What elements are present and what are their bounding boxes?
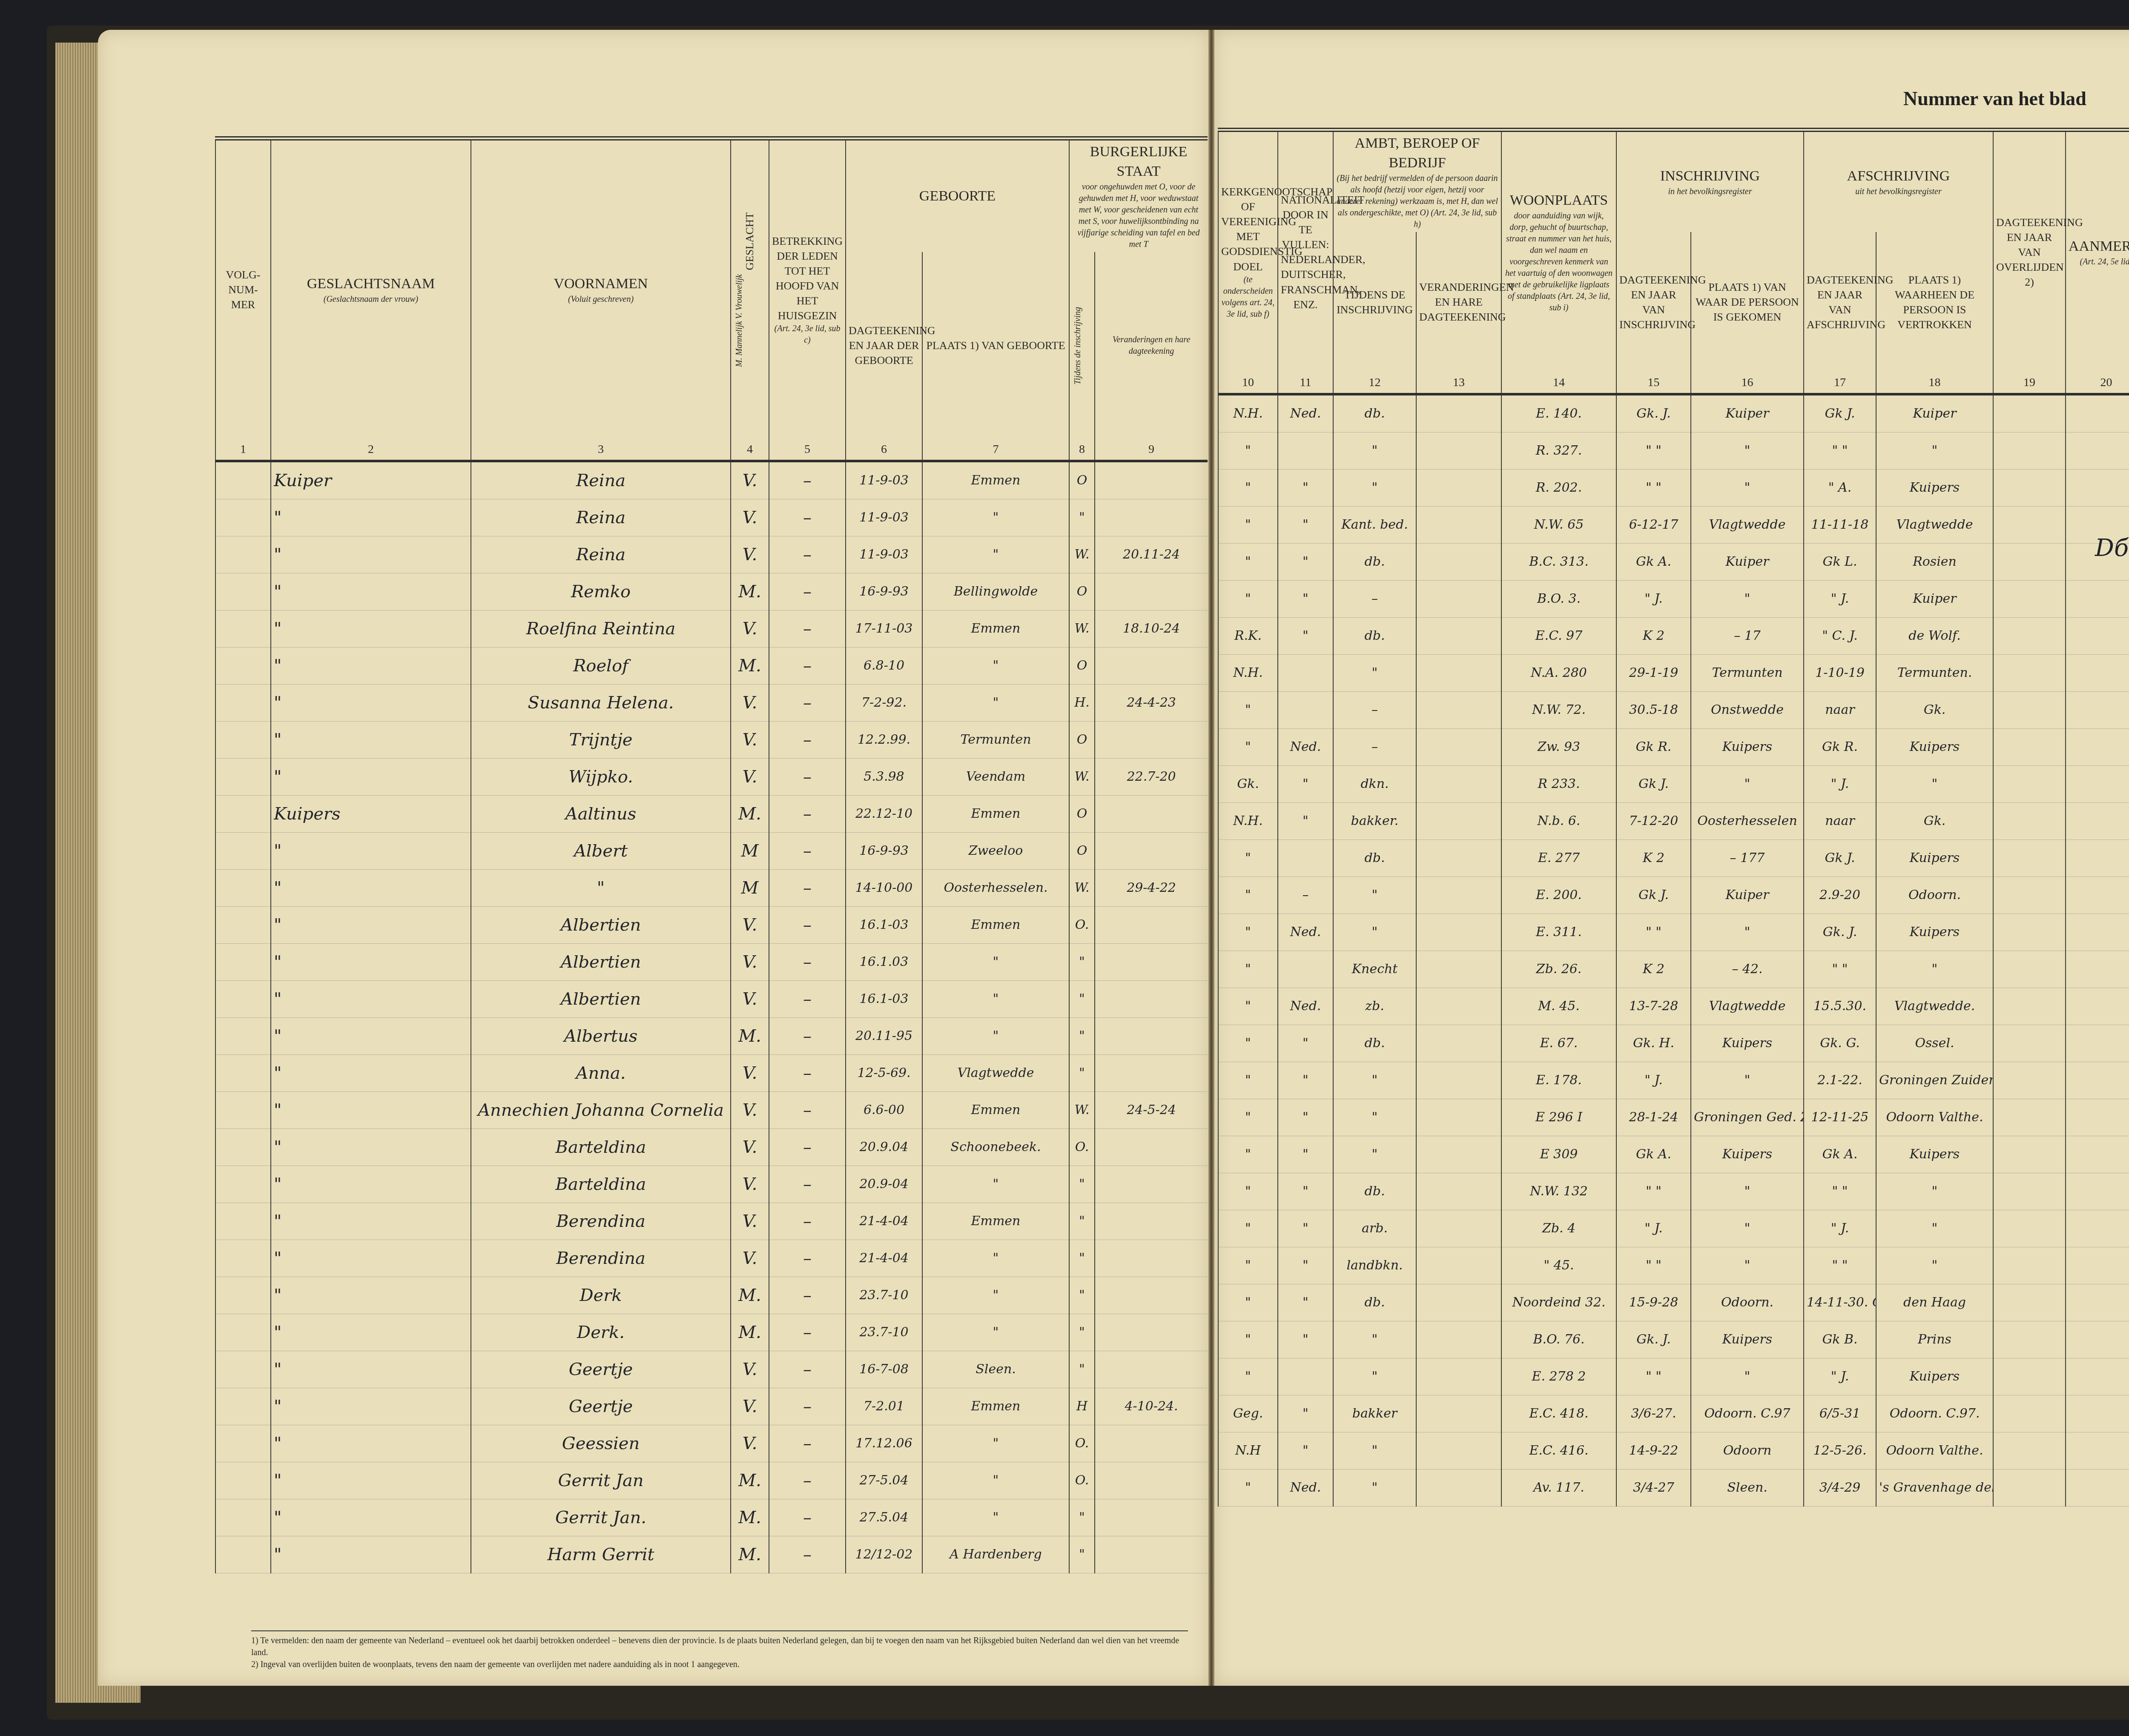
cell-civil: W. — [1069, 610, 1095, 647]
cell-occ: " — [1333, 1432, 1416, 1469]
cell-given: Albertien — [471, 906, 731, 943]
cell-occ-change — [1416, 1469, 1501, 1506]
table-row: "BerendinaV.–21-4-04"" — [215, 1240, 1208, 1277]
cell-rel: – — [769, 647, 846, 684]
cell-surname: " — [271, 1203, 471, 1240]
col-number: 5 — [769, 439, 846, 461]
cell-remarks — [2066, 951, 2129, 988]
col-number: 2 — [271, 439, 471, 461]
cell-death — [1993, 1469, 2066, 1506]
cell-empty — [215, 906, 271, 943]
cell-civil: " — [1069, 1054, 1095, 1091]
cell-occ: " — [1333, 469, 1416, 506]
cell-out-date: 2.9-20 — [1804, 877, 1876, 914]
cell-remarks — [2066, 432, 2129, 469]
cell-in-place: " — [1691, 914, 1804, 951]
cell-death — [1993, 765, 2066, 802]
cell-sex: V. — [731, 461, 769, 499]
table-row: ""E. 278 2" """ J.Kuipers — [1218, 1358, 2129, 1395]
cell-civil: H. — [1069, 684, 1095, 721]
cell-nat: " — [1278, 1247, 1333, 1284]
cell-occ: db. — [1333, 1173, 1416, 1210]
cell-rel: – — [769, 980, 846, 1017]
cell-birth-date: 27-5.04 — [846, 1462, 922, 1499]
cell-empty — [215, 1425, 271, 1462]
cell-given: Berendina — [471, 1203, 731, 1240]
cell-occ: db. — [1333, 394, 1416, 433]
cell-remarks — [2066, 1284, 2129, 1321]
col-number: 1 — [215, 439, 271, 461]
cell-out-date: 2.1-22. — [1804, 1062, 1876, 1099]
cell-out-place: " — [1876, 1247, 1993, 1284]
cell-empty — [215, 1536, 271, 1573]
cell-civil-change — [1095, 1351, 1208, 1388]
cell-in-date: " " — [1616, 1358, 1691, 1395]
cell-out-place: " — [1876, 1173, 1993, 1210]
cell-nat: Ned. — [1278, 988, 1333, 1025]
cell-empty — [215, 1351, 271, 1388]
cell-empty — [215, 1054, 271, 1091]
cell-in-date: Gk J. — [1616, 765, 1691, 802]
cell-address: Noordeind 32. — [1501, 1284, 1616, 1321]
cell-out-place: Kuiper — [1876, 394, 1993, 433]
header-overlijden: Dagteekening en jaar van overlijden 2) — [1993, 130, 2066, 372]
table-row: ""db.Noordeind 32.15-9-28Odoorn.14-11-30… — [1218, 1284, 2129, 1321]
cell-given: Reina — [471, 461, 731, 499]
cell-out-place: Gk. — [1876, 691, 1993, 728]
cell-remarks — [2066, 1025, 2129, 1062]
cell-in-place: – 42. — [1691, 951, 1804, 988]
cell-sex: V. — [731, 980, 769, 1017]
cell-out-place: Odoorn. — [1876, 877, 1993, 914]
cell-death — [1993, 951, 2066, 988]
cell-birth-date: 11-9-03 — [846, 499, 922, 536]
cell-occ: " — [1333, 1099, 1416, 1136]
col-number: 19 — [1993, 372, 2066, 394]
table-row: "Derk.M.–23.7-10"" — [215, 1314, 1208, 1351]
cell-civil-change — [1095, 943, 1208, 980]
cell-sex: M. — [731, 795, 769, 832]
cell-given: Berendina — [471, 1240, 731, 1277]
cell-surname: " — [271, 1277, 471, 1314]
table-row: "TrijntjeV.–12.2.99.TermuntenO — [215, 721, 1208, 758]
table-row: ""db.E. 67.Gk. H.KuipersGk. G.Ossel. — [1218, 1025, 2129, 1062]
cell-sex: M. — [731, 1017, 769, 1054]
cell-in-date: " " — [1616, 432, 1691, 469]
cell-birth-place: " — [922, 647, 1069, 684]
cell-civil: " — [1069, 1314, 1095, 1351]
cell-church: " — [1218, 1210, 1278, 1247]
table-row: "RemkoM.–16-9-93BellingwoldeO — [215, 573, 1208, 610]
cell-occ-change — [1416, 580, 1501, 617]
table-row: "AlbertienV.–16.1-03"" — [215, 980, 1208, 1017]
cell-in-date: Gk A. — [1616, 1136, 1691, 1173]
cell-civil: O. — [1069, 1425, 1095, 1462]
cell-birth-date: 16.1.03 — [846, 943, 922, 980]
cell-out-place: den Haag — [1876, 1284, 1993, 1321]
cell-death — [1993, 1099, 2066, 1136]
cell-in-place: " — [1691, 432, 1804, 469]
cell-in-date: Gk R. — [1616, 728, 1691, 765]
cell-death — [1993, 1062, 2066, 1099]
cell-civil: " — [1069, 1277, 1095, 1314]
cell-empty — [215, 980, 271, 1017]
cell-nat: " — [1278, 765, 1333, 802]
cell-out-date: Gk. G. — [1804, 1025, 1876, 1062]
cell-occ: db. — [1333, 617, 1416, 654]
cell-nat — [1278, 951, 1333, 988]
cell-remarks — [2066, 1173, 2129, 1210]
cell-birth-date: 11-9-03 — [846, 536, 922, 573]
cell-surname: " — [271, 1166, 471, 1203]
cell-rel: – — [769, 1091, 846, 1129]
cell-in-date: Gk A. — [1616, 543, 1691, 580]
cell-in-date: Gk. H. — [1616, 1025, 1691, 1062]
cell-in-place: Odoorn. C.97 — [1691, 1395, 1804, 1432]
cell-in-date: K 2 — [1616, 839, 1691, 877]
cell-rel: – — [769, 1054, 846, 1091]
cell-civil: " — [1069, 980, 1095, 1017]
cell-death — [1993, 1210, 2066, 1247]
cell-civil-change — [1095, 1166, 1208, 1203]
cell-birth-place: Sleen. — [922, 1351, 1069, 1388]
cell-surname: " — [271, 1388, 471, 1425]
cell-address: B.O. 76. — [1501, 1321, 1616, 1358]
cell-birth-date: 12-5-69. — [846, 1054, 922, 1091]
cell-sex: V. — [731, 1054, 769, 1091]
cell-occ: " — [1333, 1136, 1416, 1173]
cell-civil-change: 24-4-23 — [1095, 684, 1208, 721]
col-number: 17 — [1804, 372, 1876, 394]
cell-empty — [215, 1462, 271, 1499]
cell-occ: " — [1333, 877, 1416, 914]
col-number: 6 — [846, 439, 922, 461]
cell-in-place: – 17 — [1691, 617, 1804, 654]
table-row: "BerendinaV.–21-4-04Emmen" — [215, 1203, 1208, 1240]
cell-civil: " — [1069, 1203, 1095, 1240]
cell-sex: V. — [731, 906, 769, 943]
cell-occ: landbkn. — [1333, 1247, 1416, 1284]
cell-in-place: " — [1691, 1062, 1804, 1099]
header-geboorte-datum: Dagteekening en jaar der geboorte — [846, 252, 922, 439]
cell-nat — [1278, 654, 1333, 691]
cell-birth-place: Emmen — [922, 906, 1069, 943]
cell-occ-change — [1416, 691, 1501, 728]
cell-occ: – — [1333, 580, 1416, 617]
cell-death — [1993, 1432, 2066, 1469]
cell-sex: M. — [731, 1536, 769, 1573]
table-row: ""M–14-10-00Oosterhesselen.W.29-4-22 — [215, 869, 1208, 906]
cell-out-place: Vlagtwedde. — [1876, 988, 1993, 1025]
cell-birth-date: 23.7-10 — [846, 1277, 922, 1314]
cell-in-place: Onstwedde — [1691, 691, 1804, 728]
cell-church: " — [1218, 580, 1278, 617]
table-row: ""landbkn." 45." """ "" — [1218, 1247, 2129, 1284]
cell-empty — [215, 832, 271, 869]
cell-sex: V. — [731, 1425, 769, 1462]
cell-out-place: de Wolf. — [1876, 617, 1993, 654]
cell-civil-change: 4-10-24. — [1095, 1388, 1208, 1425]
cell-nat: Ned. — [1278, 1469, 1333, 1506]
cell-rel: – — [769, 943, 846, 980]
cell-sex: M — [731, 832, 769, 869]
cell-birth-date: 22.12-10 — [846, 795, 922, 832]
table-row: """E 296 I28-1-24Groningen Ged. Zuiderdi… — [1218, 1099, 2129, 1136]
cell-civil-change — [1095, 573, 1208, 610]
cell-address: E 296 I — [1501, 1099, 1616, 1136]
cell-church: " — [1218, 691, 1278, 728]
cell-out-date: 11-11-18 — [1804, 506, 1876, 543]
cell-occ-change — [1416, 1025, 1501, 1062]
cell-rel: – — [769, 758, 846, 795]
cell-out-date: Gk J. — [1804, 839, 1876, 877]
cell-out-date: 15.5.30. — [1804, 988, 1876, 1025]
cell-birth-date: 20.11-95 — [846, 1017, 922, 1054]
cell-in-place: Vlagtwedde — [1691, 506, 1804, 543]
cell-rel: – — [769, 573, 846, 610]
cell-out-place: " — [1876, 432, 1993, 469]
cell-civil: " — [1069, 1351, 1095, 1388]
cell-remarks — [2066, 1469, 2129, 1506]
cell-surname: " — [271, 1351, 471, 1388]
cell-remarks — [2066, 691, 2129, 728]
cell-sex: V. — [731, 1240, 769, 1277]
cell-church: " — [1218, 1173, 1278, 1210]
col-number: 12 — [1333, 372, 1416, 394]
cell-given: Albertien — [471, 980, 731, 1017]
cell-out-place: " — [1876, 1210, 1993, 1247]
table-row: "Harm GerritM.–12/12-02A Hardenberg" — [215, 1536, 1208, 1573]
cell-death — [1993, 654, 2066, 691]
cell-nat: " — [1278, 1395, 1333, 1432]
cell-occ: " — [1333, 1062, 1416, 1099]
cell-church: " — [1218, 1025, 1278, 1062]
table-row: "Ned."Av. 117.3/4-27Sleen.3/4-29's Grave… — [1218, 1469, 2129, 1506]
cell-empty — [215, 536, 271, 573]
cell-in-place: Kuiper — [1691, 877, 1804, 914]
cell-in-date: " J. — [1616, 580, 1691, 617]
cell-birth-place: Termunten — [922, 721, 1069, 758]
cell-in-date: " " — [1616, 1247, 1691, 1284]
cell-civil-change — [1095, 1017, 1208, 1054]
cell-civil: O — [1069, 647, 1095, 684]
cell-civil-change: 18.10-24 — [1095, 610, 1208, 647]
cell-birth-date: 11-9-03 — [846, 461, 922, 499]
cell-birth-date: 17-11-03 — [846, 610, 922, 647]
cell-given: Albert — [471, 832, 731, 869]
footnote-2: 2) Ingeval van overlijden buiten de woon… — [251, 1659, 1188, 1670]
cell-church: " — [1218, 728, 1278, 765]
cell-in-place: Kuipers — [1691, 1025, 1804, 1062]
table-row: ""db.B.C. 313.Gk A.KuiperGk L.Rosien — [1218, 543, 2129, 580]
cell-nat: Ned. — [1278, 394, 1333, 433]
table-row: "Susanna Helena.V.–7-2-92."H.24-4-23 — [215, 684, 1208, 721]
cell-civil: " — [1069, 499, 1095, 536]
cell-surname: " — [271, 758, 471, 795]
cell-nat: " — [1278, 1284, 1333, 1321]
cell-sex: V. — [731, 758, 769, 795]
table-row: "KnechtZb. 26.K 2– 42." "" — [1218, 951, 2129, 988]
cell-out-date: Gk L. — [1804, 543, 1876, 580]
cell-civil: " — [1069, 1499, 1095, 1536]
cell-church: N.H — [1218, 1432, 1278, 1469]
cell-given: Remko — [471, 573, 731, 610]
cell-empty — [215, 1240, 271, 1277]
cell-birth-place: Emmen — [922, 1203, 1069, 1240]
cell-occ-change — [1416, 1395, 1501, 1432]
cell-in-place: Kuipers — [1691, 1136, 1804, 1173]
cell-birth-date: 20.9-04 — [846, 1166, 922, 1203]
cell-civil-change — [1095, 832, 1208, 869]
cell-in-date: K 2 — [1616, 617, 1691, 654]
cell-surname: " — [271, 1129, 471, 1166]
cell-occ-change — [1416, 617, 1501, 654]
cell-given: Harm Gerrit — [471, 1536, 731, 1573]
cell-address: E. 67. — [1501, 1025, 1616, 1062]
cell-rel: – — [769, 1314, 846, 1351]
cell-in-place: " — [1691, 469, 1804, 506]
cell-nat: – — [1278, 877, 1333, 914]
cell-nat: " — [1278, 1210, 1333, 1247]
header-inschrijving-plaats: Plaats 1) van waar de persoon is gekomen — [1691, 232, 1804, 372]
cell-nat: " — [1278, 1432, 1333, 1469]
cell-in-place: Kuiper — [1691, 394, 1804, 433]
cell-occ-change — [1416, 1099, 1501, 1136]
cell-church: " — [1218, 1321, 1278, 1358]
cell-birth-place: " — [922, 1277, 1069, 1314]
cell-civil-change — [1095, 906, 1208, 943]
cell-rel: – — [769, 1536, 846, 1573]
cell-in-place: " — [1691, 1210, 1804, 1247]
cell-remarks — [2066, 988, 2129, 1025]
cell-out-date: " J. — [1804, 1210, 1876, 1247]
header-aanmerkingen: Aanmerkingen(Art. 24, 5e lid) — [2066, 130, 2129, 372]
col-number: 4 — [731, 439, 769, 461]
cell-birth-place: Emmen — [922, 1091, 1069, 1129]
cell-empty — [215, 1203, 271, 1240]
cell-occ-change — [1416, 543, 1501, 580]
cell-out-place: Odoorn. C.97. — [1876, 1395, 1993, 1432]
cell-occ-change — [1416, 1247, 1501, 1284]
cell-sex: M. — [731, 1277, 769, 1314]
cell-rel: – — [769, 461, 846, 499]
cell-church: " — [1218, 951, 1278, 988]
cell-civil: O. — [1069, 906, 1095, 943]
cell-out-date: 6/5-31 — [1804, 1395, 1876, 1432]
cell-given: Reina — [471, 536, 731, 573]
cell-rel: – — [769, 1425, 846, 1462]
header-geslachtsnaam: Geslachtsnaam(Geslachtsnaam der vrouw) — [271, 138, 471, 439]
cell-church: Geg. — [1218, 1395, 1278, 1432]
cell-given: " — [471, 869, 731, 906]
cell-empty — [215, 1166, 271, 1203]
cell-out-place: Kuiper — [1876, 580, 1993, 617]
table-row: "BarteldinaV.–20.9.04Schoonebeek.O. — [215, 1129, 1208, 1166]
cell-birth-place: A Hardenberg — [922, 1536, 1069, 1573]
cell-civil: " — [1069, 943, 1095, 980]
cell-occ-change — [1416, 877, 1501, 914]
cell-rel: – — [769, 1351, 846, 1388]
cell-nat — [1278, 1358, 1333, 1395]
cell-church: " — [1218, 506, 1278, 543]
cell-birth-place: " — [922, 1425, 1069, 1462]
cell-given: Geertje — [471, 1388, 731, 1425]
cell-out-place: Kuipers — [1876, 469, 1993, 506]
header-afschrijving-datum: Dagteekening en jaar van afschrijving — [1804, 232, 1876, 372]
cell-civil-change — [1095, 1462, 1208, 1499]
cell-surname: " — [271, 832, 471, 869]
header-inschrijving: Inschrijvingin het bevolkingsregister — [1616, 130, 1804, 232]
table-row: "AlbertienV.–16.1.03"" — [215, 943, 1208, 980]
cell-empty — [215, 1388, 271, 1425]
cell-death — [1993, 1358, 2066, 1395]
cell-out-place: Odoorn Valthe. — [1876, 1432, 1993, 1469]
cell-out-place: Kuipers — [1876, 914, 1993, 951]
table-row: """R. 202." """ A.Kuipers — [1218, 469, 2129, 506]
cell-rel: – — [769, 795, 846, 832]
cell-address: R 233. — [1501, 765, 1616, 802]
cell-remarks — [2066, 1136, 2129, 1173]
cell-nat: Ned. — [1278, 728, 1333, 765]
cell-in-place: Oosterhesselen — [1691, 802, 1804, 839]
cell-given: Barteldina — [471, 1129, 731, 1166]
cell-occ-change — [1416, 1136, 1501, 1173]
cell-address: E. 277 — [1501, 839, 1616, 877]
cell-birth-place: Zweeloo — [922, 832, 1069, 869]
table-row: """B.O. 76.Gk. J.KuipersGk B.Prins — [1218, 1321, 2129, 1358]
cell-church: " — [1218, 877, 1278, 914]
cell-out-place: Termunten. — [1876, 654, 1993, 691]
cell-death — [1993, 394, 2066, 433]
table-row: N.H."N.A. 28029-1-19Termunten1-10-19Term… — [1218, 654, 2129, 691]
cell-surname: " — [271, 869, 471, 906]
cell-occ: " — [1333, 914, 1416, 951]
cell-civil: " — [1069, 1536, 1095, 1573]
cell-birth-date: 21-4-04 — [846, 1203, 922, 1240]
cell-address: R. 327. — [1501, 432, 1616, 469]
cell-surname: " — [271, 1240, 471, 1277]
cell-empty — [215, 499, 271, 536]
col-number: 14 — [1501, 372, 1616, 394]
cell-empty — [215, 1017, 271, 1054]
cell-empty — [215, 869, 271, 906]
cell-occ-change — [1416, 765, 1501, 802]
cell-death — [1993, 839, 2066, 877]
cell-sex: V. — [731, 499, 769, 536]
cell-birth-date: 14-10-00 — [846, 869, 922, 906]
cell-empty — [215, 1129, 271, 1166]
cell-occ: – — [1333, 728, 1416, 765]
cell-in-place: " — [1691, 1173, 1804, 1210]
cell-civil: W. — [1069, 869, 1095, 906]
cell-surname: " — [271, 1499, 471, 1536]
cell-nat: " — [1278, 1136, 1333, 1173]
cell-out-date: " J. — [1804, 765, 1876, 802]
cell-sex: V. — [731, 536, 769, 573]
cell-birth-place: Emmen — [922, 461, 1069, 499]
cell-church: " — [1218, 1284, 1278, 1321]
cell-in-place: Kuipers — [1691, 1321, 1804, 1358]
cell-remarks — [2066, 1321, 2129, 1358]
cell-rel: – — [769, 1166, 846, 1203]
cell-empty — [215, 1499, 271, 1536]
cell-church: " — [1218, 839, 1278, 877]
cell-civil-change — [1095, 795, 1208, 832]
cell-birth-place: Schoonebeek. — [922, 1129, 1069, 1166]
cell-birth-date: 27.5.04 — [846, 1499, 922, 1536]
table-row: "GeertjeV.–16-7-08Sleen." — [215, 1351, 1208, 1388]
cell-surname: " — [271, 721, 471, 758]
